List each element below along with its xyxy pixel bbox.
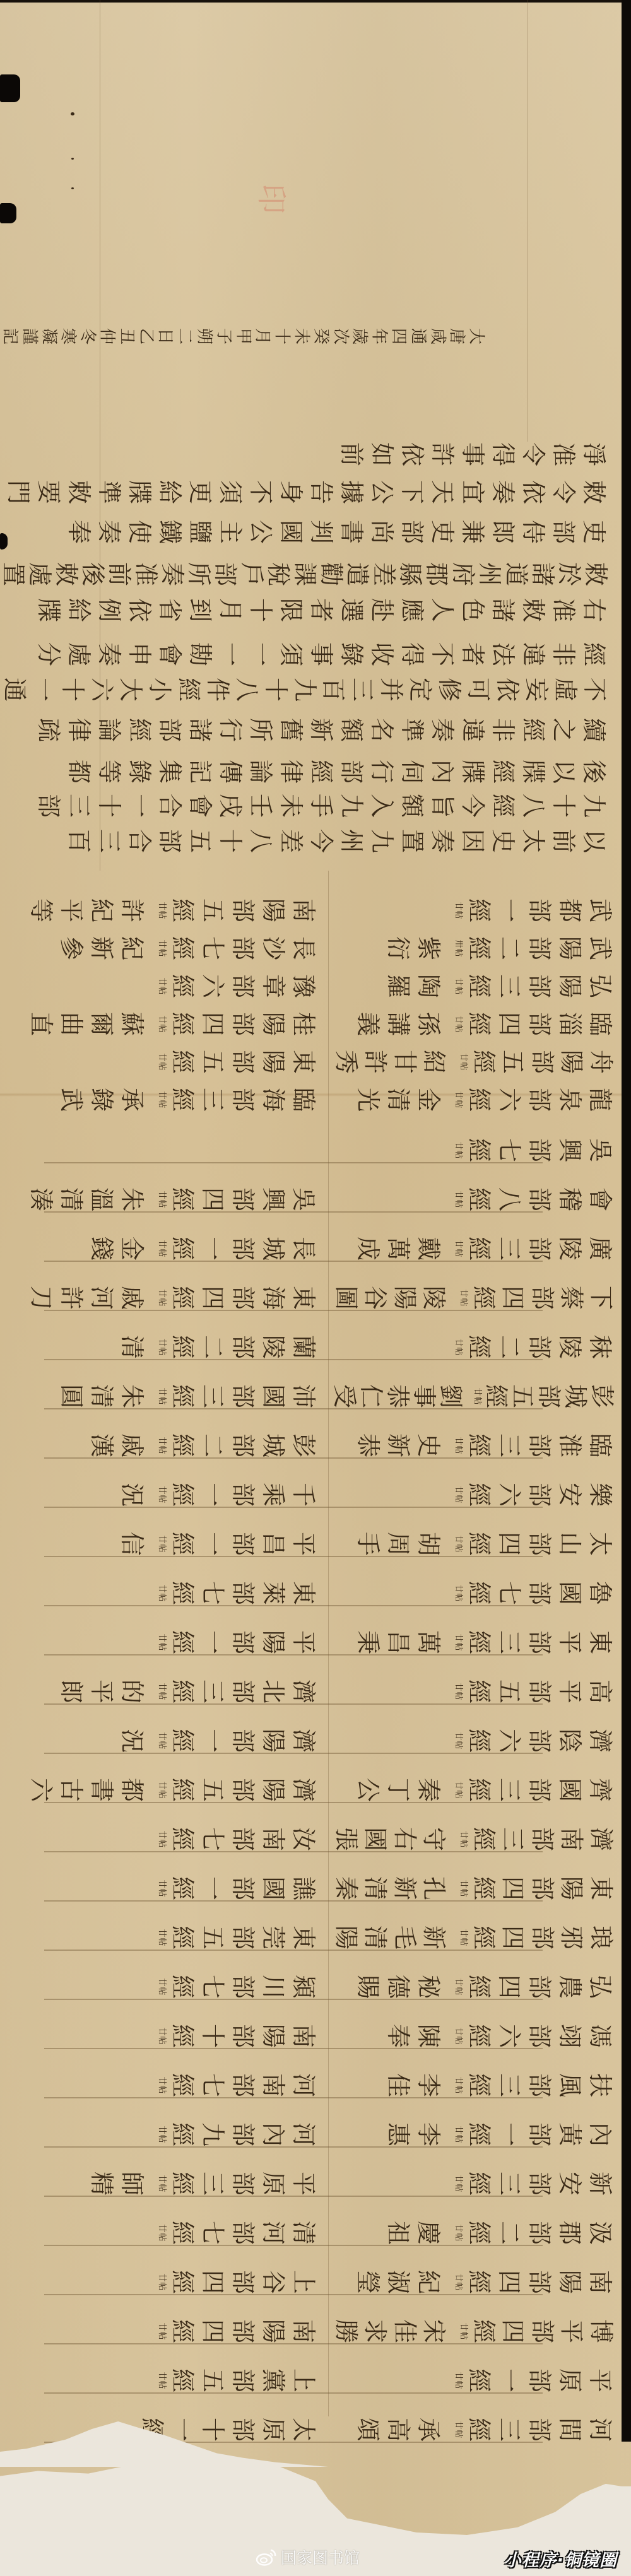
glyph: 帖 — [454, 1445, 463, 1454]
scroll-top-edge — [0, 0, 631, 3]
glyph: 八 — [495, 1185, 524, 1214]
register-entry-right: 秣陵部二經廿帖 — [331, 1332, 615, 1362]
glyph: 廿 — [157, 1289, 166, 1298]
glyph: 處 — [25, 561, 54, 587]
register-entry-left: 蘭陵部二經廿帖清 — [0, 1332, 319, 1362]
glyph: 部 — [525, 2120, 554, 2149]
glyph: 廿 — [454, 2421, 463, 2430]
glyph: 古 — [57, 1775, 86, 1804]
glyph: 金 — [117, 1234, 146, 1263]
glyph: 都 — [64, 757, 93, 786]
glyph: 帖 — [454, 910, 463, 919]
glyph: 帖 — [157, 1249, 166, 1257]
glyph: 下 — [586, 1283, 615, 1312]
glyph: 帖 — [157, 2331, 166, 2340]
glyph: 經 — [125, 715, 154, 744]
glyph: 非 — [488, 715, 517, 744]
glyph: 秦 — [331, 1874, 360, 1903]
glyph: 陰 — [555, 1726, 584, 1755]
glyph: 準 — [398, 715, 427, 744]
ruled-line-horizontal — [44, 1753, 543, 1754]
glyph: 一 — [198, 1529, 227, 1558]
glyph: 部 — [228, 972, 257, 1001]
glyph: 部 — [525, 1332, 554, 1362]
glyph: 東 — [289, 1047, 318, 1076]
decree-line: 淨准令得事許依如前 — [0, 440, 609, 469]
glyph: 經 — [168, 1382, 197, 1411]
glyph: 高 — [586, 1677, 615, 1706]
glyph: 依 — [493, 675, 522, 704]
glyph: 敕 — [579, 478, 608, 507]
glyph: 承 — [117, 1085, 146, 1114]
glyph: 名 — [367, 715, 396, 744]
glyph: 經 — [464, 2218, 493, 2247]
glyph: 陽 — [390, 1283, 419, 1312]
glyph: 濟 — [289, 1677, 318, 1706]
glyph: 廿 — [157, 2372, 166, 2380]
glyph: 陳 — [414, 2021, 443, 2050]
annotation-note: 廿帖 — [454, 1191, 463, 1208]
glyph: 孫 — [414, 1009, 443, 1038]
glyph: 部 — [228, 2021, 257, 2050]
glyph: 直 — [27, 1009, 56, 1038]
annotation-note: 卅帖 — [454, 939, 463, 957]
glyph: 四 — [495, 1529, 524, 1558]
glyph: 一 — [198, 1874, 227, 1903]
glyph: 泉 — [555, 1085, 584, 1114]
glyph: 廿 — [459, 1879, 468, 1888]
glyph: 臨 — [586, 1431, 615, 1460]
glyph: 四 — [495, 1972, 524, 2001]
glyph: 帖 — [454, 1024, 463, 1033]
register-entry-right: 弘農部四經廿帖秘德賜 — [331, 1972, 615, 2001]
annotation-note: 廿帖 — [157, 1732, 166, 1750]
glyph: 經 — [464, 2071, 493, 2100]
register-entry-right: 高平部五經廿帖 — [331, 1677, 615, 1706]
glyph: 部 — [228, 1874, 257, 1903]
glyph: 準 — [95, 478, 124, 507]
glyph: 陽 — [259, 896, 288, 925]
register-entry-left: 東莞部五經廿帖 — [0, 1923, 319, 1952]
glyph: 三 — [64, 791, 93, 820]
glyph: 的 — [117, 1677, 146, 1706]
glyph: 前 — [549, 826, 578, 856]
glyph: 部 — [525, 1775, 554, 1804]
glyph: 經 — [488, 757, 517, 786]
glyph: 部 — [525, 1529, 554, 1558]
ruled-line-horizontal — [44, 1408, 543, 1409]
ruled-line-horizontal — [44, 2196, 543, 2197]
glyph: 稽 — [555, 1185, 584, 1214]
glyph: 經 — [469, 1047, 498, 1076]
glyph: 續 — [579, 715, 608, 744]
glyph: 上 — [289, 2366, 318, 2395]
column-divider — [328, 871, 329, 2416]
glyph: 陽 — [259, 1775, 288, 1804]
glyph: 敕 — [64, 478, 93, 507]
glyph: 經 — [469, 1283, 498, 1312]
glyph: 論 — [246, 757, 275, 786]
register-entry-right: 龍泉部六經廿帖金清光 — [331, 1085, 615, 1114]
glyph: 判 — [307, 517, 336, 546]
glyph: 經 — [464, 1234, 493, 1263]
glyph: 內 — [586, 2120, 615, 2149]
register-entry-left: 汝南部七經廿帖 — [0, 1825, 319, 1854]
glyph: 敕 — [519, 596, 548, 625]
glyph: 部 — [525, 1972, 554, 2001]
glyph: 鹽 — [186, 517, 215, 546]
glyph: 三 — [348, 675, 377, 704]
glyph: 太 — [519, 826, 548, 856]
glyph: 後 — [579, 757, 608, 786]
glyph: 不 — [580, 675, 609, 704]
glyph: 黨 — [259, 2366, 288, 2395]
annotation-note: 廿帖 — [454, 2421, 463, 2438]
annotation-note: 廿帖 — [157, 1091, 166, 1109]
glyph: 經 — [464, 1085, 493, 1114]
glyph: 東 — [586, 1628, 615, 1657]
glyph: 頌 — [353, 2415, 382, 2444]
glyph: 帖 — [459, 1062, 468, 1071]
glyph: 慶 — [414, 2218, 443, 2247]
glyph: 帖 — [454, 2380, 463, 2389]
glyph: 萬 — [384, 1234, 413, 1263]
glyph: 四 — [198, 1283, 227, 1312]
glyph: 都 — [117, 1775, 146, 1804]
glyph: 甘 — [390, 1047, 419, 1076]
glyph: 二 — [198, 1431, 227, 1460]
glyph: 三 — [198, 1677, 227, 1706]
decree-line: 經非違法者不得收錄事須一一勘會申奏處分 — [0, 640, 609, 669]
glyph: 置 — [398, 826, 427, 856]
register-entry-left: 東海部四經廿帖戚河許刀 — [0, 1283, 319, 1312]
glyph: 平 — [586, 2366, 615, 2395]
glyph: 朱 — [117, 1382, 146, 1411]
glyph: 五 — [198, 2366, 227, 2395]
glyph: 廿 — [454, 1091, 463, 1100]
decree-line: 續之經非違奏準名額新舊所行諸部經論律疏 — [0, 715, 609, 744]
annotation-note: 廿帖 — [454, 1535, 463, 1553]
annotation-note: 廿帖 — [454, 2372, 463, 2389]
glyph: 國 — [361, 1825, 390, 1854]
glyph: 帖 — [157, 1062, 166, 1071]
glyph: 經 — [464, 2415, 493, 2444]
glyph: 四 — [198, 1185, 227, 1214]
glyph: 南 — [259, 2071, 288, 2100]
glyph: 經 — [464, 1972, 493, 2001]
glyph: 汝 — [289, 1825, 318, 1854]
glyph: 入 — [367, 791, 396, 820]
glyph: 淮 — [555, 1431, 584, 1460]
glyph: 并 — [377, 675, 406, 704]
glyph: 平 — [555, 1628, 584, 1657]
glyph: 陽 — [557, 1047, 586, 1076]
glyph: 部 — [528, 1047, 557, 1076]
manuscript-scroll: 印 大唐咸通四年歲次癸未十月甲子朔二日乙丑仲冬寒凝謹記淨准令得事許依如前敕令依奏… — [0, 0, 631, 2576]
glyph: 尚 — [367, 517, 396, 546]
glyph: 史 — [414, 1431, 443, 1460]
glyph: 奉 — [64, 517, 93, 546]
glyph: 二 — [495, 1332, 524, 1362]
glyph: 十 — [216, 826, 245, 856]
glyph: 河 — [289, 2120, 318, 2149]
glyph: 十 — [261, 675, 290, 704]
glyph: 部 — [228, 2415, 257, 2444]
glyph: 帖 — [459, 1938, 468, 1946]
glyph: 例 — [95, 596, 124, 625]
glyph: 經 — [464, 1677, 493, 1706]
glyph: 廿 — [454, 1633, 463, 1642]
glyph: 太 — [289, 2415, 318, 2444]
glyph: 虛 — [551, 675, 580, 704]
glyph: 廿 — [459, 1929, 468, 1938]
glyph: 諸 — [186, 715, 215, 744]
glyph: 經 — [469, 1923, 498, 1952]
glyph: 許 — [428, 440, 457, 469]
glyph: 主 — [216, 517, 245, 546]
glyph: 妄 — [522, 675, 551, 704]
glyph: 九 — [579, 791, 608, 820]
glyph: 帖 — [454, 1593, 463, 1602]
register-entry-left: 桂陽部四經廿帖蘇爾曲直 — [0, 1009, 319, 1038]
glyph: 三 — [495, 1431, 524, 1460]
glyph: 帖 — [454, 1150, 463, 1159]
glyph: 都 — [555, 896, 584, 925]
glyph: 濟 — [586, 1726, 615, 1755]
glyph: 武 — [586, 896, 615, 925]
glyph: 經 — [469, 1825, 498, 1854]
glyph: 經 — [168, 1480, 197, 1509]
glyph: 經 — [168, 2021, 197, 2050]
annotation-note: 廿帖 — [157, 1633, 166, 1651]
annotation-note: 廿帖 — [454, 1338, 463, 1356]
glyph: 敕 — [52, 561, 81, 587]
glyph: 經 — [464, 934, 493, 963]
glyph: 事 — [458, 440, 487, 469]
glyph: 帖 — [157, 2233, 166, 2242]
glyph: 三 — [95, 826, 124, 856]
ruled-line-horizontal — [44, 2343, 543, 2344]
ruled-line-horizontal — [44, 2294, 543, 2295]
glyph: 四 — [498, 1874, 527, 1903]
glyph: 三 — [495, 2415, 524, 2444]
glyph: 河 — [586, 2415, 615, 2444]
glyph: 淨 — [579, 440, 608, 469]
glyph: 九 — [337, 791, 366, 820]
glyph: 六 — [27, 1775, 56, 1804]
glyph: 經 — [168, 1234, 197, 1263]
annotation-note: 廿帖 — [157, 902, 166, 919]
glyph: 潁 — [289, 1972, 318, 2001]
glyph: 帖 — [157, 1199, 166, 1208]
annotation-note: 廿帖 — [157, 1978, 166, 1996]
glyph: 經 — [168, 1628, 197, 1657]
glyph: 准 — [549, 440, 578, 469]
glyph: 平 — [289, 1529, 318, 1558]
glyph: 部 — [228, 1431, 257, 1460]
glyph: 部 — [228, 1009, 257, 1038]
glyph: 部 — [228, 2366, 257, 2395]
glyph: 奏 — [428, 826, 457, 856]
annotation-note: 廿帖 — [454, 2076, 463, 2094]
register-entry-right: 吳興部七經廿帖 — [331, 1136, 615, 1165]
glyph: 帖 — [157, 1839, 166, 1848]
glyph: 胡 — [414, 1529, 443, 1558]
glyph: 帖 — [157, 1347, 166, 1356]
glyph: 廿 — [459, 2322, 468, 2331]
glyph: 部 — [155, 715, 184, 744]
glyph: 帖 — [157, 1938, 166, 1946]
glyph: 師 — [117, 2169, 146, 2198]
glyph: 臨 — [586, 1009, 615, 1038]
glyph: 一 — [495, 896, 524, 925]
glyph: 吳 — [289, 1185, 318, 1214]
glyph: 集 — [155, 757, 184, 786]
glyph: 平 — [555, 1677, 584, 1706]
glyph: 帖 — [157, 1593, 166, 1602]
register-entry-left: 南陽部十經廿帖 — [0, 2021, 319, 2050]
glyph: 平 — [289, 2169, 318, 2198]
glyph: 廿 — [157, 1486, 166, 1495]
glyph: 國 — [555, 1579, 584, 1608]
glyph: 蘭 — [289, 1332, 318, 1362]
glyph: 部 — [228, 1529, 257, 1558]
glyph: 帖 — [454, 1495, 463, 1503]
glyph: 經 — [168, 1874, 197, 1903]
annotation-note: 廿帖 — [454, 1683, 463, 1700]
glyph: 廿 — [473, 1387, 481, 1396]
glyph: 陽 — [259, 2317, 288, 2346]
annotation-note: 廿帖 — [157, 1387, 166, 1405]
glyph: 張 — [331, 1825, 360, 1854]
glyph: 部 — [228, 1726, 257, 1755]
glyph: 經 — [464, 1529, 493, 1558]
glyph: 令 — [549, 478, 578, 507]
register-entry-right: 博平部四經廿帖宋佳求勝 — [331, 2317, 615, 2346]
weibo-watermark: 国家图书馆 — [256, 2546, 360, 2568]
glyph: 一 — [216, 640, 245, 669]
glyph: 一 — [198, 1726, 227, 1755]
glyph: 安 — [555, 1480, 584, 1509]
glyph: 部 — [549, 517, 578, 546]
glyph: 三 — [495, 1234, 524, 1263]
glyph: 諸 — [488, 596, 517, 625]
glyph: 廿 — [454, 2372, 463, 2380]
glyph: 未 — [276, 791, 305, 820]
glyph: 部 — [525, 2415, 554, 2444]
glyph: 部 — [228, 1972, 257, 2001]
glyph: 經 — [168, 896, 197, 925]
glyph: 廿 — [454, 1437, 463, 1445]
glyph: 百 — [319, 675, 348, 704]
glyph: 准 — [131, 561, 160, 587]
glyph: 秀 — [331, 1047, 360, 1076]
glyph: 一 — [29, 675, 58, 704]
glyph: 牒 — [458, 757, 487, 786]
glyph: 五 — [198, 1047, 227, 1076]
glyph: 部 — [528, 1825, 557, 1854]
annotation-note: 廿帖 — [157, 1289, 166, 1307]
annotation-note: 廿帖 — [157, 1486, 166, 1503]
glyph: 廿 — [454, 2126, 463, 2134]
glyph: 下 — [398, 478, 427, 507]
glyph: 一 — [125, 791, 154, 820]
glyph: 平 — [557, 2317, 586, 2346]
glyph: 諸 — [528, 561, 557, 587]
glyph: 經 — [168, 1775, 197, 1804]
glyph: 六 — [87, 675, 116, 704]
glyph: 使 — [125, 517, 154, 546]
glyph: 陵 — [555, 1332, 584, 1362]
register-entry-right: 濟南部三經廿帖守右國張 — [331, 1825, 615, 1854]
glyph: 部 — [525, 896, 554, 925]
register-entry-right: 會稽部八經廿帖 — [331, 1185, 615, 1214]
glyph: 廿 — [157, 1830, 166, 1839]
glyph: 經 — [168, 1579, 197, 1608]
glyph: 齊 — [586, 1775, 615, 1804]
annotation-note: 廿帖 — [157, 1830, 166, 1848]
glyph: 國 — [555, 1775, 584, 1804]
glyph: 帖 — [157, 2085, 166, 2094]
glyph: 紹 — [420, 1047, 449, 1076]
ruled-line-horizontal — [44, 1802, 543, 1803]
glyph: 東 — [289, 1283, 318, 1312]
glyph: 門 — [4, 478, 33, 507]
glyph: 部 — [398, 517, 427, 546]
glyph: 博 — [586, 2317, 615, 2346]
glyph: 圖 — [331, 1283, 360, 1312]
glyph: 九 — [198, 2120, 227, 2149]
glyph: 汲 — [586, 2218, 615, 2247]
weibo-watermark-text: 国家图书馆 — [281, 2546, 360, 2568]
glyph: 兼 — [458, 517, 487, 546]
glyph: 谷 — [259, 2267, 288, 2297]
glyph: 廿 — [459, 1053, 468, 1062]
glyph: 部 — [525, 1136, 554, 1165]
glyph: 桂 — [289, 1009, 318, 1038]
register-entry-right: 樂安部六經廿帖 — [331, 1480, 615, 1509]
register-entry-right: 臨淄部四經廿帖孫講義 — [331, 1009, 615, 1038]
glyph: 惠 — [384, 2120, 413, 2149]
glyph: 新 — [307, 715, 336, 744]
glyph: 五 — [186, 826, 215, 856]
register-entry-left: 平昌部一經廿帖信 — [0, 1529, 319, 1558]
glyph: 東 — [289, 1923, 318, 1952]
glyph: 部 — [228, 2317, 257, 2346]
glyph: 合 — [125, 826, 154, 856]
glyph: 沛 — [289, 1382, 318, 1411]
glyph: 帖 — [454, 1987, 463, 1996]
glyph: 國 — [276, 517, 305, 546]
glyph: 新 — [420, 1923, 449, 1952]
glyph: 五 — [495, 1677, 524, 1706]
decree-line: 後以牒經牒內伺行部經律論傳記集錄等都 — [0, 757, 609, 786]
glyph: 義 — [353, 1009, 382, 1038]
register-entry-left: 彭城部二經廿帖戚漢 — [0, 1431, 319, 1460]
glyph: 差 — [369, 561, 398, 587]
glyph: 李 — [414, 2071, 443, 2100]
ruled-line-horizontal — [44, 1261, 543, 1262]
register-entry-right: 內黃部一經廿帖李惠 — [331, 2120, 615, 2149]
glyph: 帖 — [459, 1298, 468, 1307]
glyph: 廿 — [157, 2224, 166, 2233]
glyph: 記 — [186, 757, 215, 786]
glyph: 清 — [87, 1382, 116, 1411]
annotation-note: 廿帖 — [459, 1053, 468, 1071]
glyph: 書 — [337, 517, 366, 546]
ink-speck — [71, 112, 74, 115]
glyph: 經 — [168, 1923, 197, 1952]
